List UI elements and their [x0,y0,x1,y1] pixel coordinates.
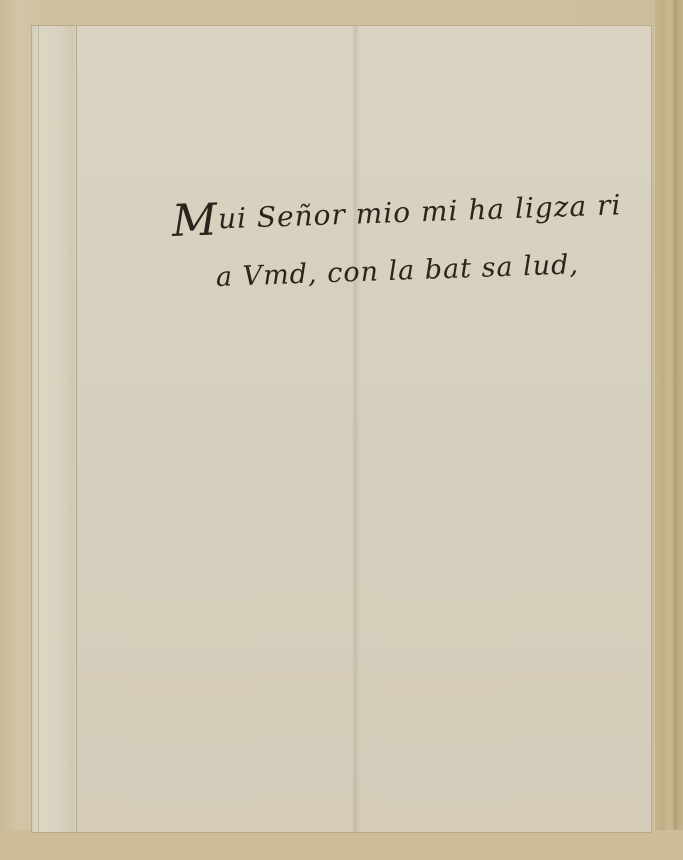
handwritten-text: Mui Señor mio mi ha ligza ri a Vmd, con … [0,0,683,860]
line-2-text: a Vmd, con la bat sa lud, [215,249,579,293]
handwritten-line-2: a Vmd, con la bat sa lud, [215,249,579,293]
decorated-initial: M [171,194,219,247]
handwritten-line-1: Mui Señor mio mi ha ligza ri [171,184,622,244]
line-1-text: ui Señor mio mi ha ligza ri [217,188,622,235]
